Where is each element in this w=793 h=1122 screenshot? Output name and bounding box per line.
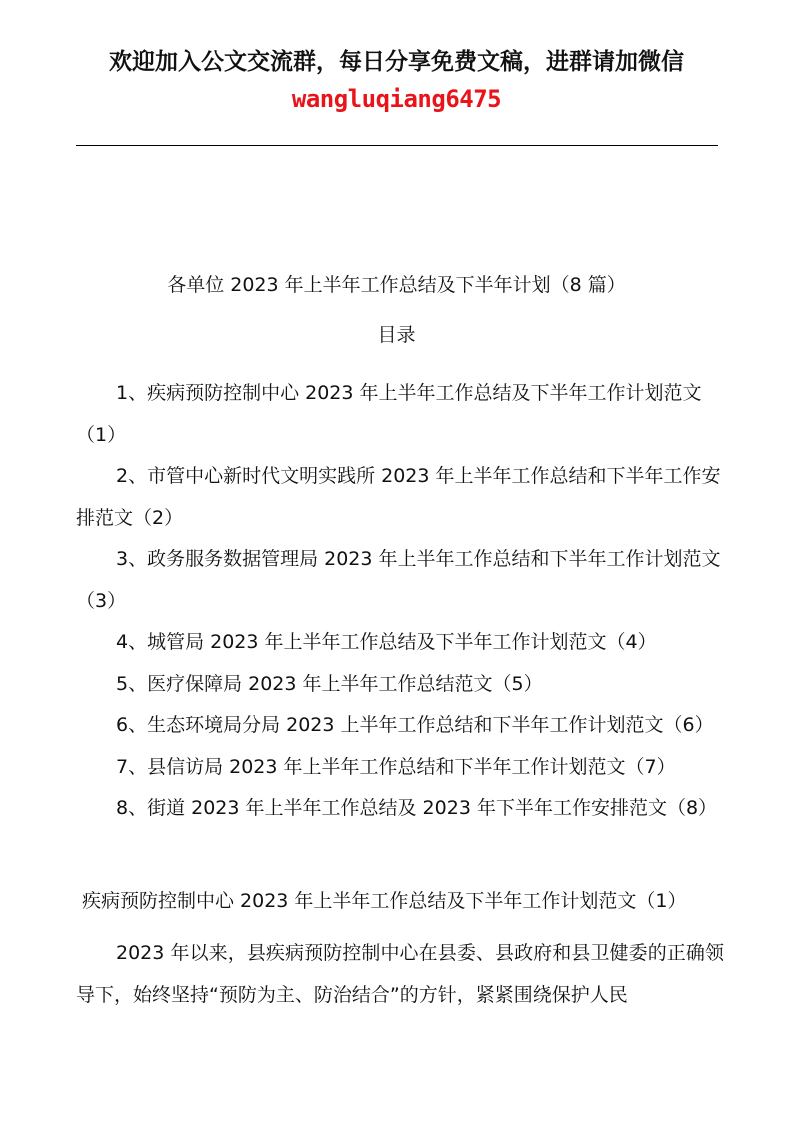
toc-item[interactable]: 6、生态环境局分局 2023 上半年工作总结和下半年工作计划范文（6） (76, 705, 730, 747)
toc-item[interactable]: 1、疾病预防控制中心 2023 年上半年工作总结及下半年工作计划范文（1） (76, 373, 730, 456)
banner-wechat-id: wangluqiang6475 (0, 81, 793, 117)
toc-item[interactable]: 8、街道 2023 年上半年工作总结及 2023 年下半年工作安排范文（8） (76, 788, 730, 830)
banner-promo-text: 欢迎加入公文交流群，每日分享免费文稿，进群请加微信 (0, 44, 793, 80)
toc-item[interactable]: 7、县信访局 2023 年上半年工作总结和下半年工作计划范文（7） (76, 747, 730, 789)
table-of-contents: 1、疾病预防控制中心 2023 年上半年工作总结及下半年工作计划范文（1） 2、… (76, 373, 730, 830)
toc-item[interactable]: 2、市管中心新时代文明实践所 2023 年上半年工作总结和下半年工作安排范文（2… (76, 456, 730, 539)
toc-item[interactable]: 3、政务服务数据管理局 2023 年上半年工作总结和下半年工作计划范文（3） (76, 539, 730, 622)
section-title: 疾病预防控制中心 2023 年上半年工作总结及下半年工作计划范文（1） (82, 886, 742, 916)
document-title: 各单位 2023 年上半年工作总结及下半年计划（8 篇） (0, 270, 793, 300)
toc-heading: 目录 (0, 320, 793, 350)
header-divider (76, 145, 718, 146)
body-paragraph: 2023 年以来，县疾病预防控制中心在县委、县政府和县卫健委的正确领导下，始终坚… (76, 933, 724, 1016)
toc-item[interactable]: 5、医疗保障局 2023 年上半年工作总结范文（5） (76, 664, 730, 706)
toc-item[interactable]: 4、城管局 2023 年上半年工作总结及下半年工作计划范文（4） (76, 622, 730, 664)
